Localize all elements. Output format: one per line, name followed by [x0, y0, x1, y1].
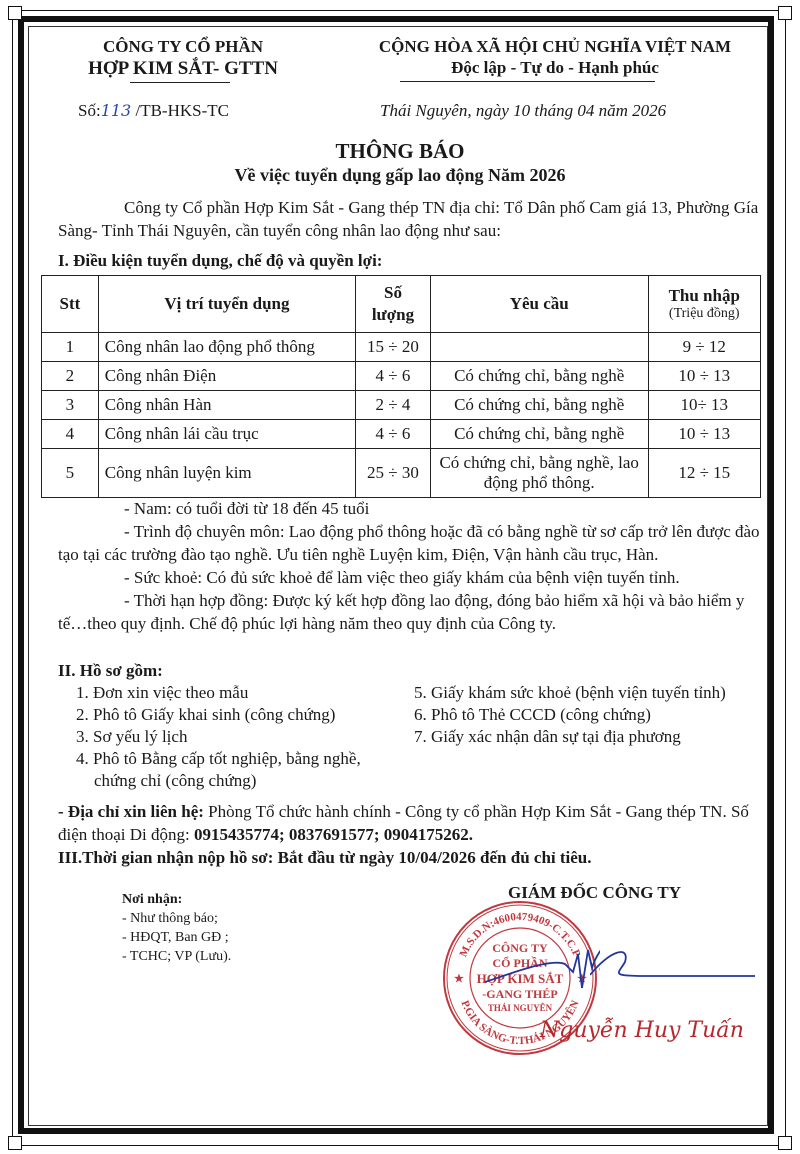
col-header-quantity: Số lượng [356, 276, 431, 333]
cell-requirement: Có chứng chỉ, bằng nghề [430, 420, 648, 449]
motto-rule [400, 81, 655, 82]
cell-stt: 2 [42, 362, 99, 391]
col-header-stt: Stt [42, 276, 99, 333]
border-corner-ornament [778, 6, 792, 20]
cell-requirement: Có chứng chỉ, bằng nghề [430, 391, 648, 420]
condition-age: - Nam: có tuổi đời từ 18 đến 45 tuổi [58, 497, 763, 520]
section1-heading: I. Điều kiện tuyển dụng, chế độ và quyền… [58, 251, 382, 271]
document-item: 3. Sơ yếu lý lịch [76, 726, 361, 748]
documents-right: 5. Giấy khám sức khoẻ (bệnh viện tuyến t… [414, 682, 726, 748]
document-subtitle: Về việc tuyển dụng gấp lao động Năm 2026 [0, 165, 800, 186]
cell-requirement: Có chứng chỉ, bằng nghề, lao động phổ th… [430, 449, 648, 498]
section2-heading: II. Hồ sơ gồm: [58, 660, 763, 682]
col-header-income: Thu nhập (Triệu đồng) [648, 276, 760, 333]
cell-quantity: 25 ÷ 30 [356, 449, 431, 498]
col-header-requirement: Yêu cầu [430, 276, 648, 333]
recipients: Nơi nhận: - Như thông báo; - HĐQT, Ban G… [122, 890, 231, 966]
border-corner-ornament [778, 1136, 792, 1150]
border-corner-ornament [8, 6, 22, 20]
cell-quantity: 15 ÷ 20 [356, 333, 431, 362]
svg-text:★: ★ [454, 973, 464, 985]
handwritten-number: 113 [101, 101, 132, 120]
cell-requirement [430, 333, 648, 362]
contact-section: - Địa chỉ xin liên hệ: Phòng Tổ chức hàn… [58, 800, 763, 869]
company-line1: CÔNG TY CỔ PHẦN [58, 36, 308, 57]
document-item: 1. Đơn xin việc theo mẫu [76, 682, 361, 704]
recipient-item: - HĐQT, Ban GĐ ; [122, 928, 231, 947]
condition-contract: - Thời hạn hợp đồng: Được ký kết hợp đồn… [58, 589, 763, 635]
table-row: 5Công nhân luyện kim25 ÷ 30Có chứng chỉ,… [42, 449, 761, 498]
cell-position: Công nhân lao động phổ thông [98, 333, 355, 362]
cell-stt: 5 [42, 449, 99, 498]
cell-position: Công nhân luyện kim [98, 449, 355, 498]
condition-health: - Sức khoẻ: Có đủ sức khoẻ để làm việc t… [58, 566, 763, 589]
document-item: 4. Phô tô Bằng cấp tốt nghiệp, bằng nghề… [76, 748, 361, 770]
cell-income: 10÷ 13 [648, 391, 760, 420]
cell-income: 10 ÷ 13 [648, 420, 760, 449]
recipient-item: - TCHC; VP (Lưu). [122, 947, 231, 966]
signature-stroke-icon [590, 940, 760, 990]
col-header-position: Vị trí tuyển dụng [98, 276, 355, 333]
cell-requirement: Có chứng chỉ, bằng nghề [430, 362, 648, 391]
signatory-title: GIÁM ĐỐC CÔNG TY [508, 883, 681, 903]
document-item: 2. Phô tô Giấy khai sinh (công chứng) [76, 704, 361, 726]
cell-position: Công nhân Điện [98, 362, 355, 391]
svg-text:CỔ PHẦN: CỔ PHẦN [493, 955, 548, 970]
national-header: CỘNG HÒA XÃ HỘI CHỦ NGHĨA VIỆT NAM Độc l… [355, 36, 755, 79]
document-item: 5. Giấy khám sức khoẻ (bệnh viện tuyến t… [414, 682, 726, 704]
document-title: THÔNG BÁO [0, 139, 800, 164]
phone-numbers: 0915435774; 0837691577; 0904175262. [194, 825, 473, 844]
cell-position: Công nhân Hàn [98, 391, 355, 420]
document-item-cont: chứng chỉ (công chứng) [76, 770, 361, 792]
cell-quantity: 4 ÷ 6 [356, 420, 431, 449]
cell-position: Công nhân lái cầu trục [98, 420, 355, 449]
border-corner-ornament [8, 1136, 22, 1150]
document-number: Số:113 /TB-HKS-TC [78, 101, 229, 121]
cell-income: 9 ÷ 12 [648, 333, 760, 362]
condition-qualification: - Trình độ chuyên môn: Lao động phổ thôn… [58, 520, 763, 566]
table-row: 4Công nhân lái cầu trục4 ÷ 6Có chứng chỉ… [42, 420, 761, 449]
document-item: 7. Giấy xác nhận dân sự tại địa phương [414, 726, 726, 748]
cell-stt: 4 [42, 420, 99, 449]
cell-income: 12 ÷ 15 [648, 449, 760, 498]
documents-left: 1. Đơn xin việc theo mẫu 2. Phô tô Giấy … [76, 682, 361, 792]
documents-section: II. Hồ sơ gồm: 1. Đơn xin việc theo mẫu … [58, 660, 763, 794]
contact-info: - Địa chỉ xin liên hệ: Phòng Tổ chức hàn… [58, 800, 763, 846]
recipient-item: - Như thông báo; [122, 909, 231, 928]
svg-text:-GANG THÉP: -GANG THÉP [482, 987, 557, 1001]
svg-text:HỢP KIM SẮT: HỢP KIM SẮT [477, 971, 564, 986]
country-name: CỘNG HÒA XÃ HỘI CHỦ NGHĨA VIỆT NAM [355, 36, 755, 57]
company-name: HỢP KIM SẮT- GTTN [58, 57, 308, 80]
cell-quantity: 2 ÷ 4 [356, 391, 431, 420]
section3-submission-time: III.Thời gian nhận nộp hồ sơ: Bắt đầu từ… [58, 846, 763, 869]
company-header: CÔNG TY CỔ PHẦN HỢP KIM SẮT- GTTN [58, 36, 308, 80]
svg-text:THÁI NGUYÊN: THÁI NGUYÊN [488, 1003, 553, 1013]
table-row: 1Công nhân lao động phổ thông15 ÷ 209 ÷ … [42, 333, 761, 362]
header-rule [130, 82, 230, 83]
recruitment-table: Stt Vị trí tuyển dụng Số lượng Yêu cầu T… [41, 275, 761, 498]
signatory-name: Nguyễn Huy Tuấn [540, 1018, 744, 1043]
table-row: 2Công nhân Điện4 ÷ 6Có chứng chỉ, bằng n… [42, 362, 761, 391]
cell-stt: 1 [42, 333, 99, 362]
cell-income: 10 ÷ 13 [648, 362, 760, 391]
table-row: 3Công nhân Hàn2 ÷ 4Có chứng chỉ, bằng ng… [42, 391, 761, 420]
conditions: - Nam: có tuổi đời từ 18 đến 45 tuổi - T… [58, 497, 763, 635]
cell-stt: 3 [42, 391, 99, 420]
motto: Độc lập - Tự do - Hạnh phúc [355, 57, 755, 79]
place-date: Thái Nguyên, ngày 10 tháng 04 năm 2026 [380, 101, 666, 121]
cell-quantity: 4 ÷ 6 [356, 362, 431, 391]
svg-text:CÔNG TY: CÔNG TY [492, 941, 548, 955]
intro-paragraph: Công ty Cổ phần Hợp Kim Sắt - Gang thép … [58, 196, 763, 242]
document-item: 6. Phô tô Thẻ CCCD (công chứng) [414, 704, 726, 726]
